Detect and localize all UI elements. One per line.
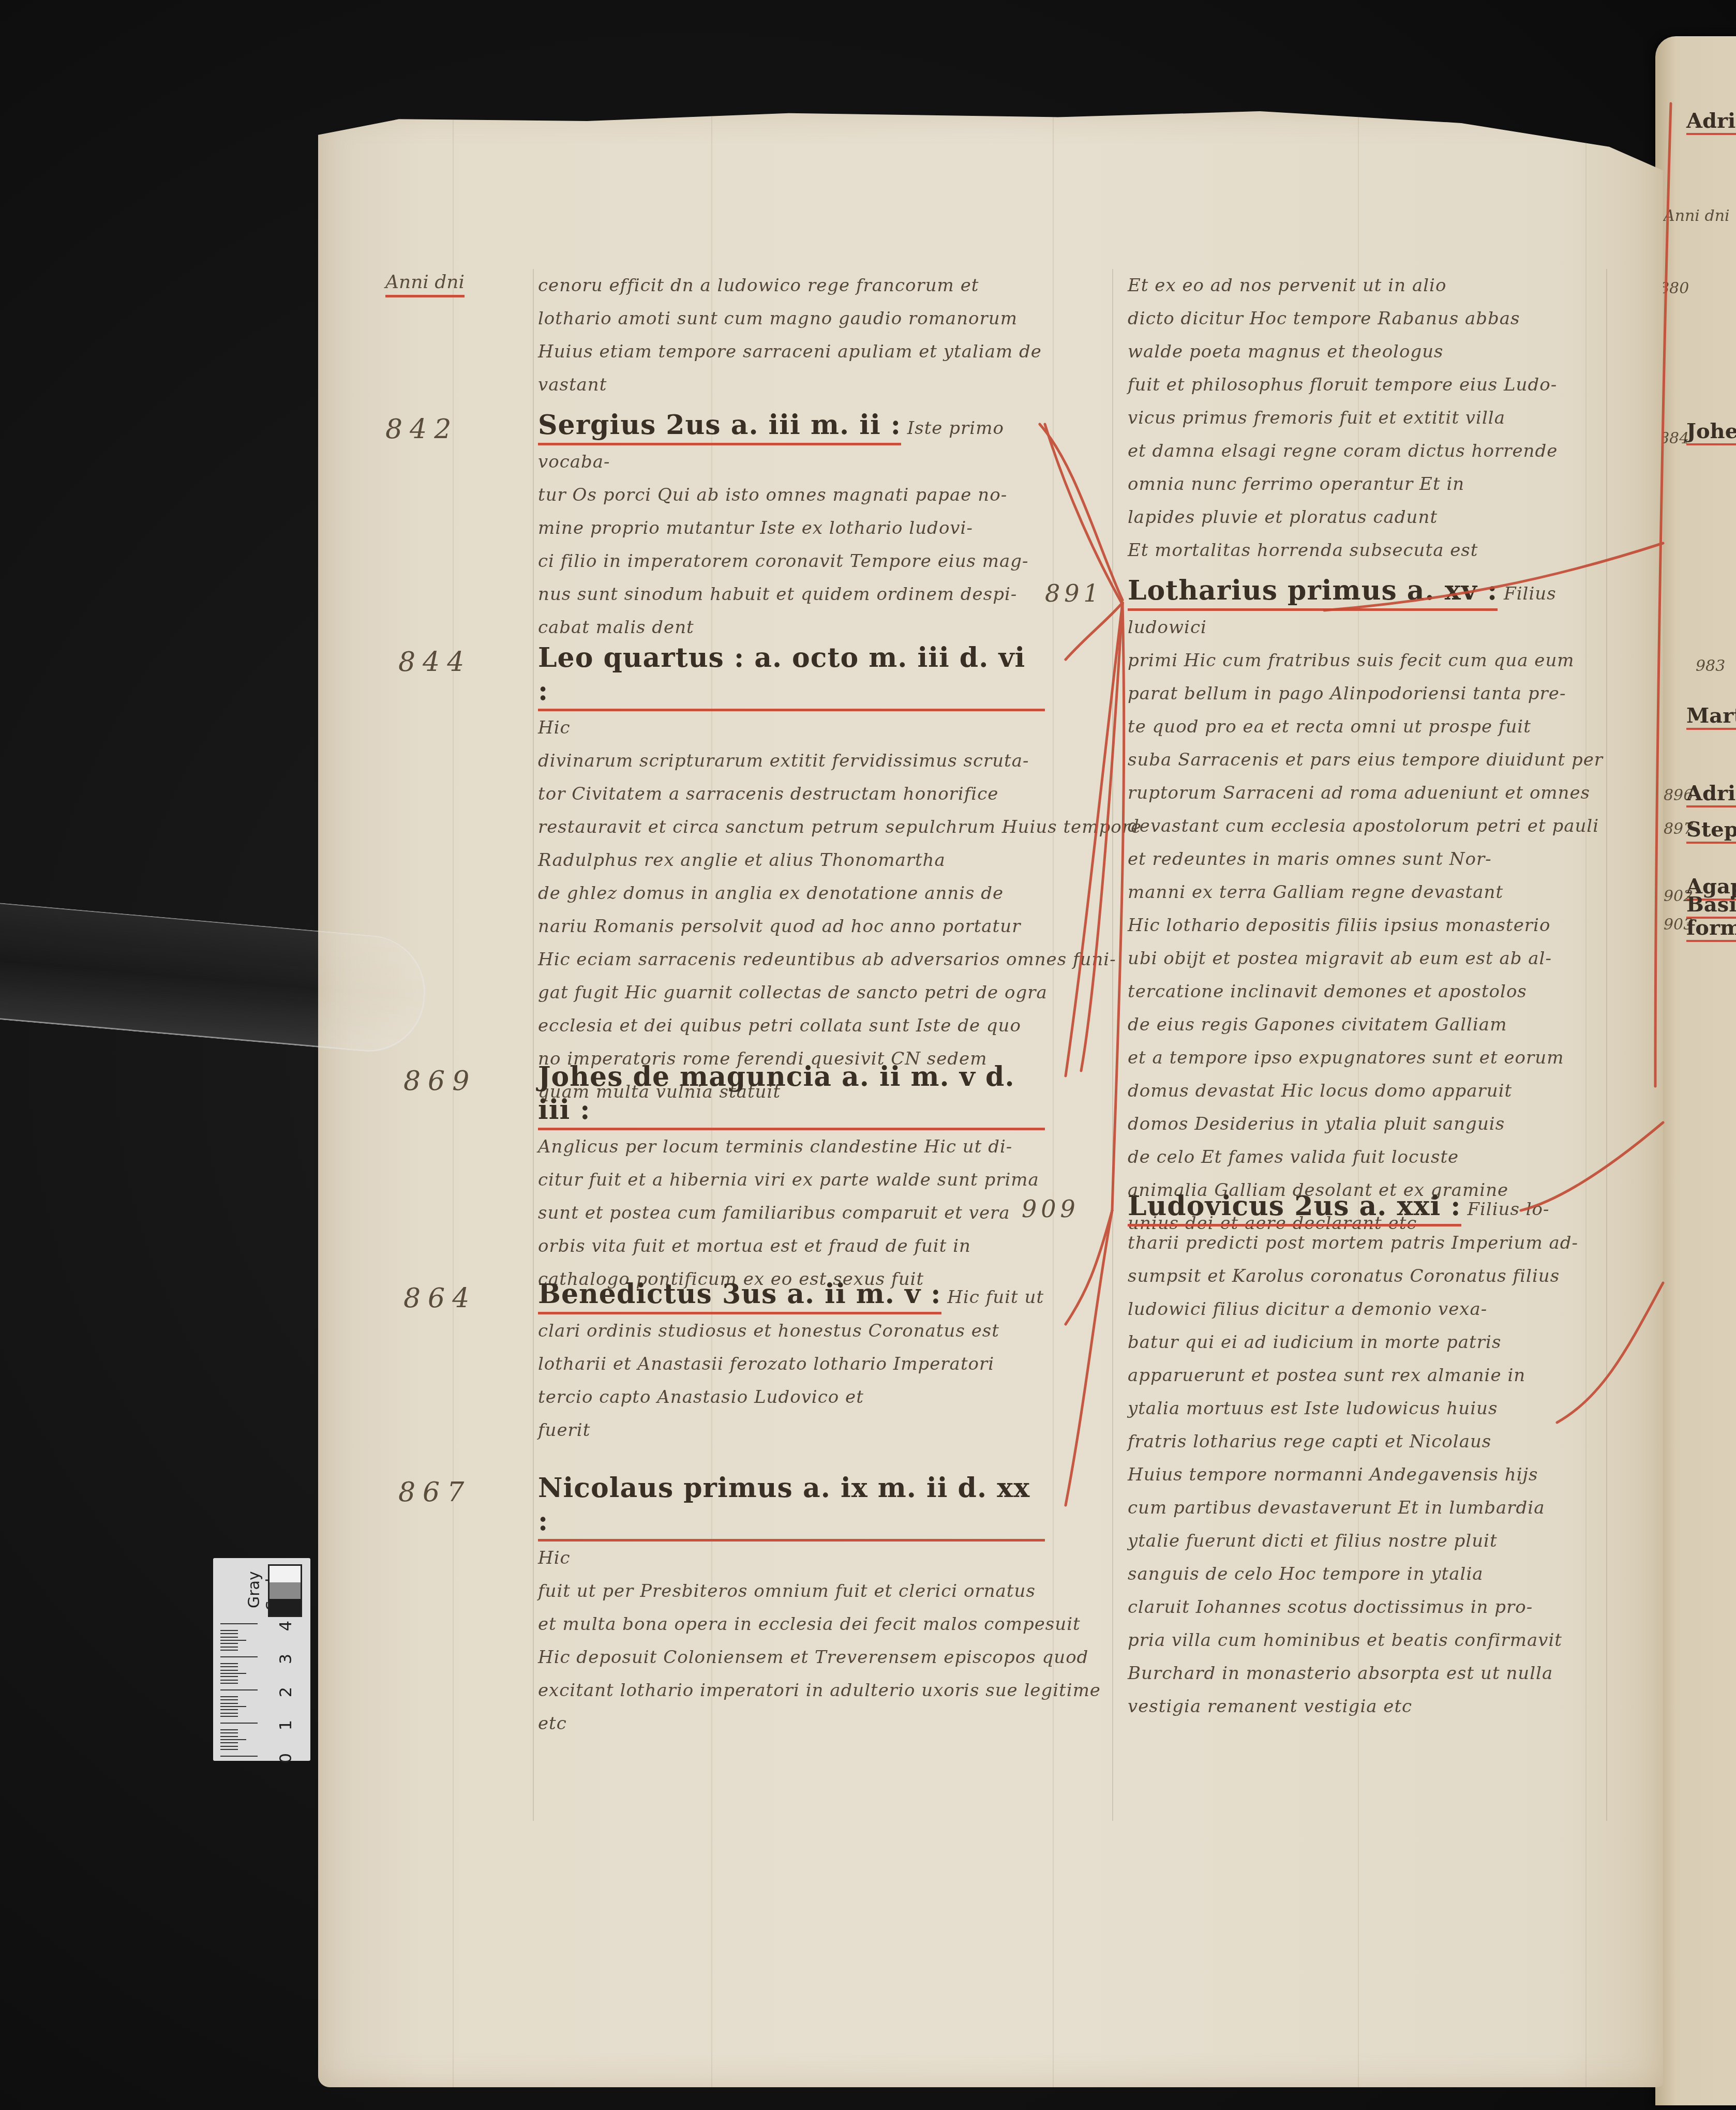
swatch-mid — [270, 1582, 301, 1599]
gray-swatches — [268, 1564, 302, 1617]
connector-lines — [0, 0, 1736, 2110]
gray-scale-card: Gray Scale — [213, 1558, 310, 1761]
ruler-label-3: 3 — [276, 1654, 295, 1664]
swatch-light — [270, 1566, 301, 1582]
ruler-label-2: 2 — [276, 1687, 295, 1697]
swatch-dark — [270, 1599, 301, 1615]
ruler-label-0: 0 — [276, 1753, 295, 1763]
ruler-label-1: 1 — [276, 1720, 295, 1730]
ruler-ticks — [220, 1620, 277, 1760]
ruler-label-4: 4 — [276, 1621, 295, 1631]
